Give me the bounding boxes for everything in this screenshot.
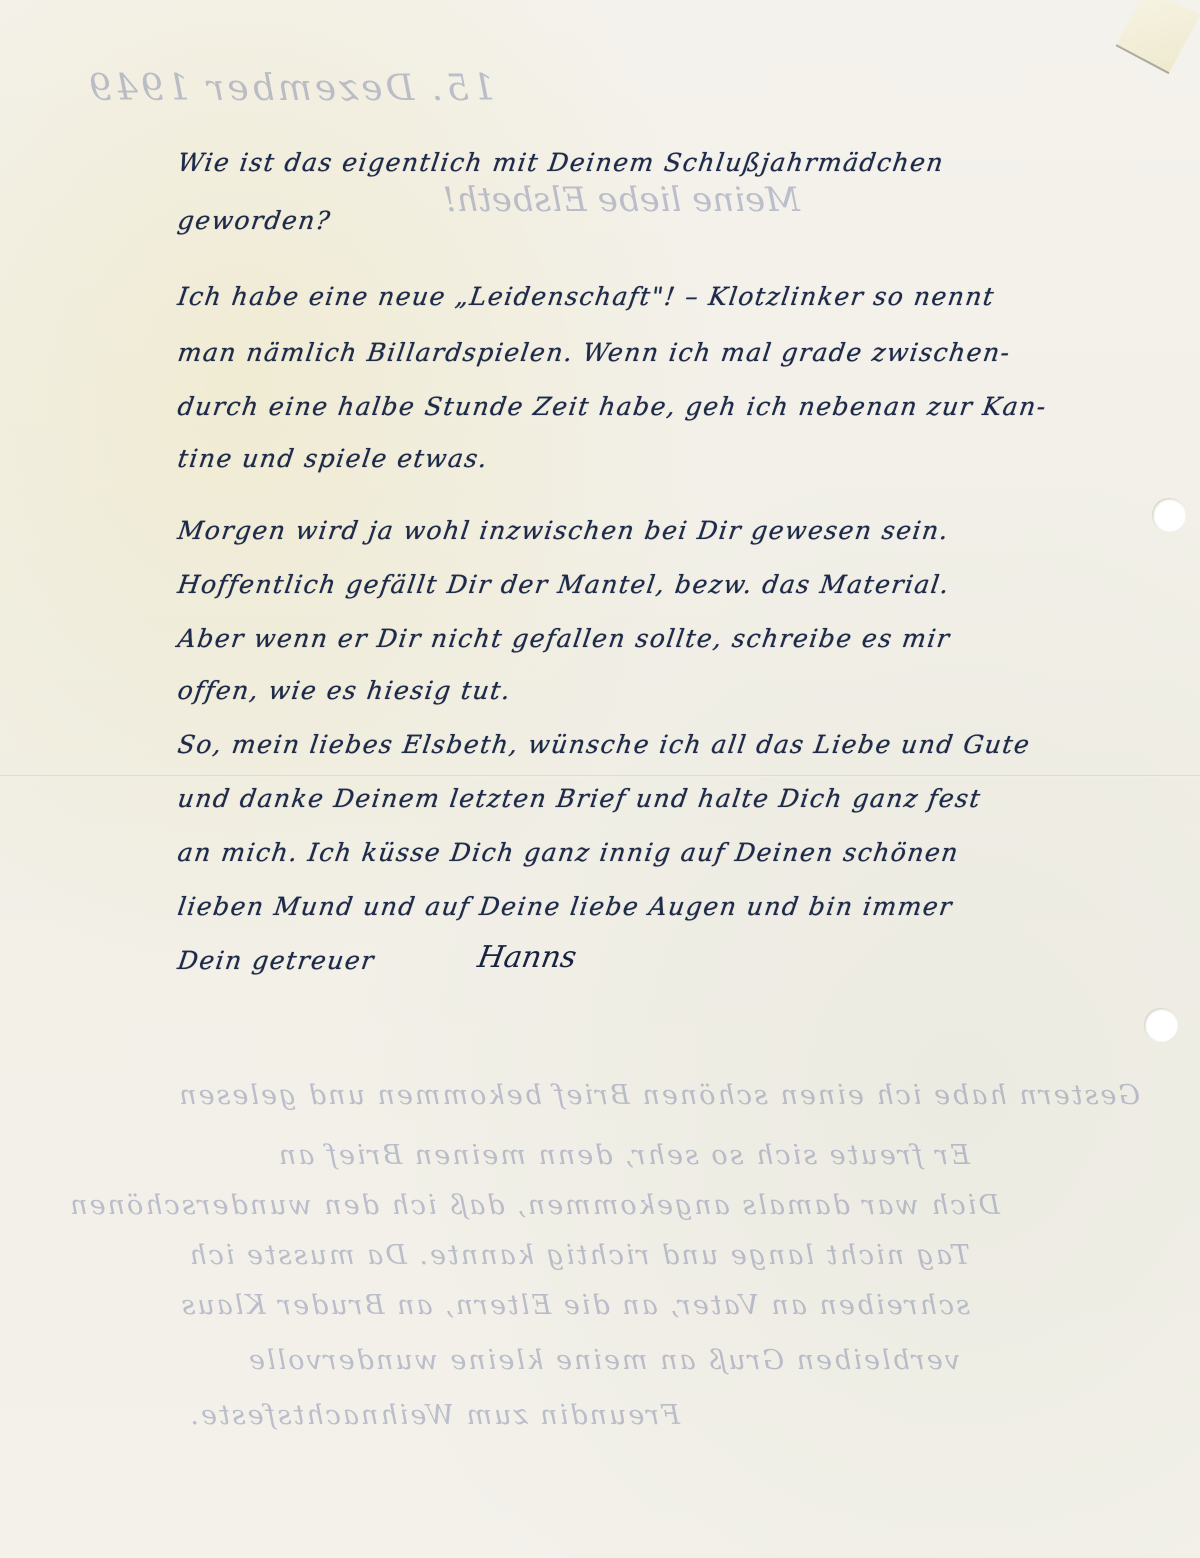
- letter-line: geworden?: [176, 206, 333, 235]
- letter-line: tine und spiele etwas.: [176, 444, 490, 473]
- show-through-line: Er freute sich so sehr, denn meinen Brie…: [277, 1140, 970, 1171]
- fold-line: [0, 775, 1200, 777]
- letter-page: 15. Dezember 1949 Meine liebe Elsbeth! G…: [0, 0, 1200, 1558]
- show-through-line: schreiben an Vater, an die Eltern, an Br…: [179, 1290, 970, 1321]
- letter-line: Morgen wird ja wohl inzwischen bei Dir g…: [176, 516, 951, 545]
- letter-line: und danke Deinem letzten Brief und halte…: [176, 784, 983, 813]
- letter-line: Ich habe eine neue „Leidenschaft"! – Klo…: [176, 282, 997, 311]
- letter-line: Hoffentlich gefällt Dir der Mantel, bezw…: [176, 570, 952, 599]
- letter-line: lieben Mund und auf Deine liebe Augen un…: [176, 892, 955, 921]
- show-through-line: Freundin zum Weihnachtsfeste.: [188, 1400, 680, 1431]
- show-through-line: Tag nicht lange und richtig kannte. Da m…: [187, 1240, 970, 1271]
- letter-line: So, mein liebes Elsbeth, wünsche ich all…: [176, 730, 1033, 759]
- show-through-line: Dich war damals angekommen, daß ich den …: [68, 1190, 1000, 1221]
- show-through-line: verbleiben Gruß an meine kleine wundervo…: [247, 1345, 960, 1376]
- tape-corner: [1116, 0, 1200, 74]
- punch-hole-upper: [1152, 498, 1186, 532]
- letter-line: Wie ist das eigentlich mit Deinem Schluß…: [176, 148, 946, 177]
- letter-line: man nämlich Billardspielen. Wenn ich mal…: [176, 338, 1013, 367]
- letter-line: Aber wenn er Dir nicht gefallen sollte, …: [176, 624, 953, 653]
- letter-line: durch eine halbe Stunde Zeit habe, geh i…: [176, 392, 1049, 421]
- letter-line: an mich. Ich küsse Dich ganz innig auf D…: [176, 838, 961, 867]
- show-through-date: 15. Dezember 1949: [86, 68, 495, 109]
- signature: Hanns: [475, 940, 579, 975]
- letter-line: Dein getreuer: [176, 946, 377, 975]
- punch-hole-lower: [1144, 1008, 1178, 1042]
- show-through-salutation: Meine liebe Elsbeth!: [443, 180, 800, 220]
- letter-line: offen, wie es hiesig tut.: [176, 676, 513, 705]
- show-through-line: Gestern habe ich einen schönen Brief bek…: [177, 1080, 1140, 1111]
